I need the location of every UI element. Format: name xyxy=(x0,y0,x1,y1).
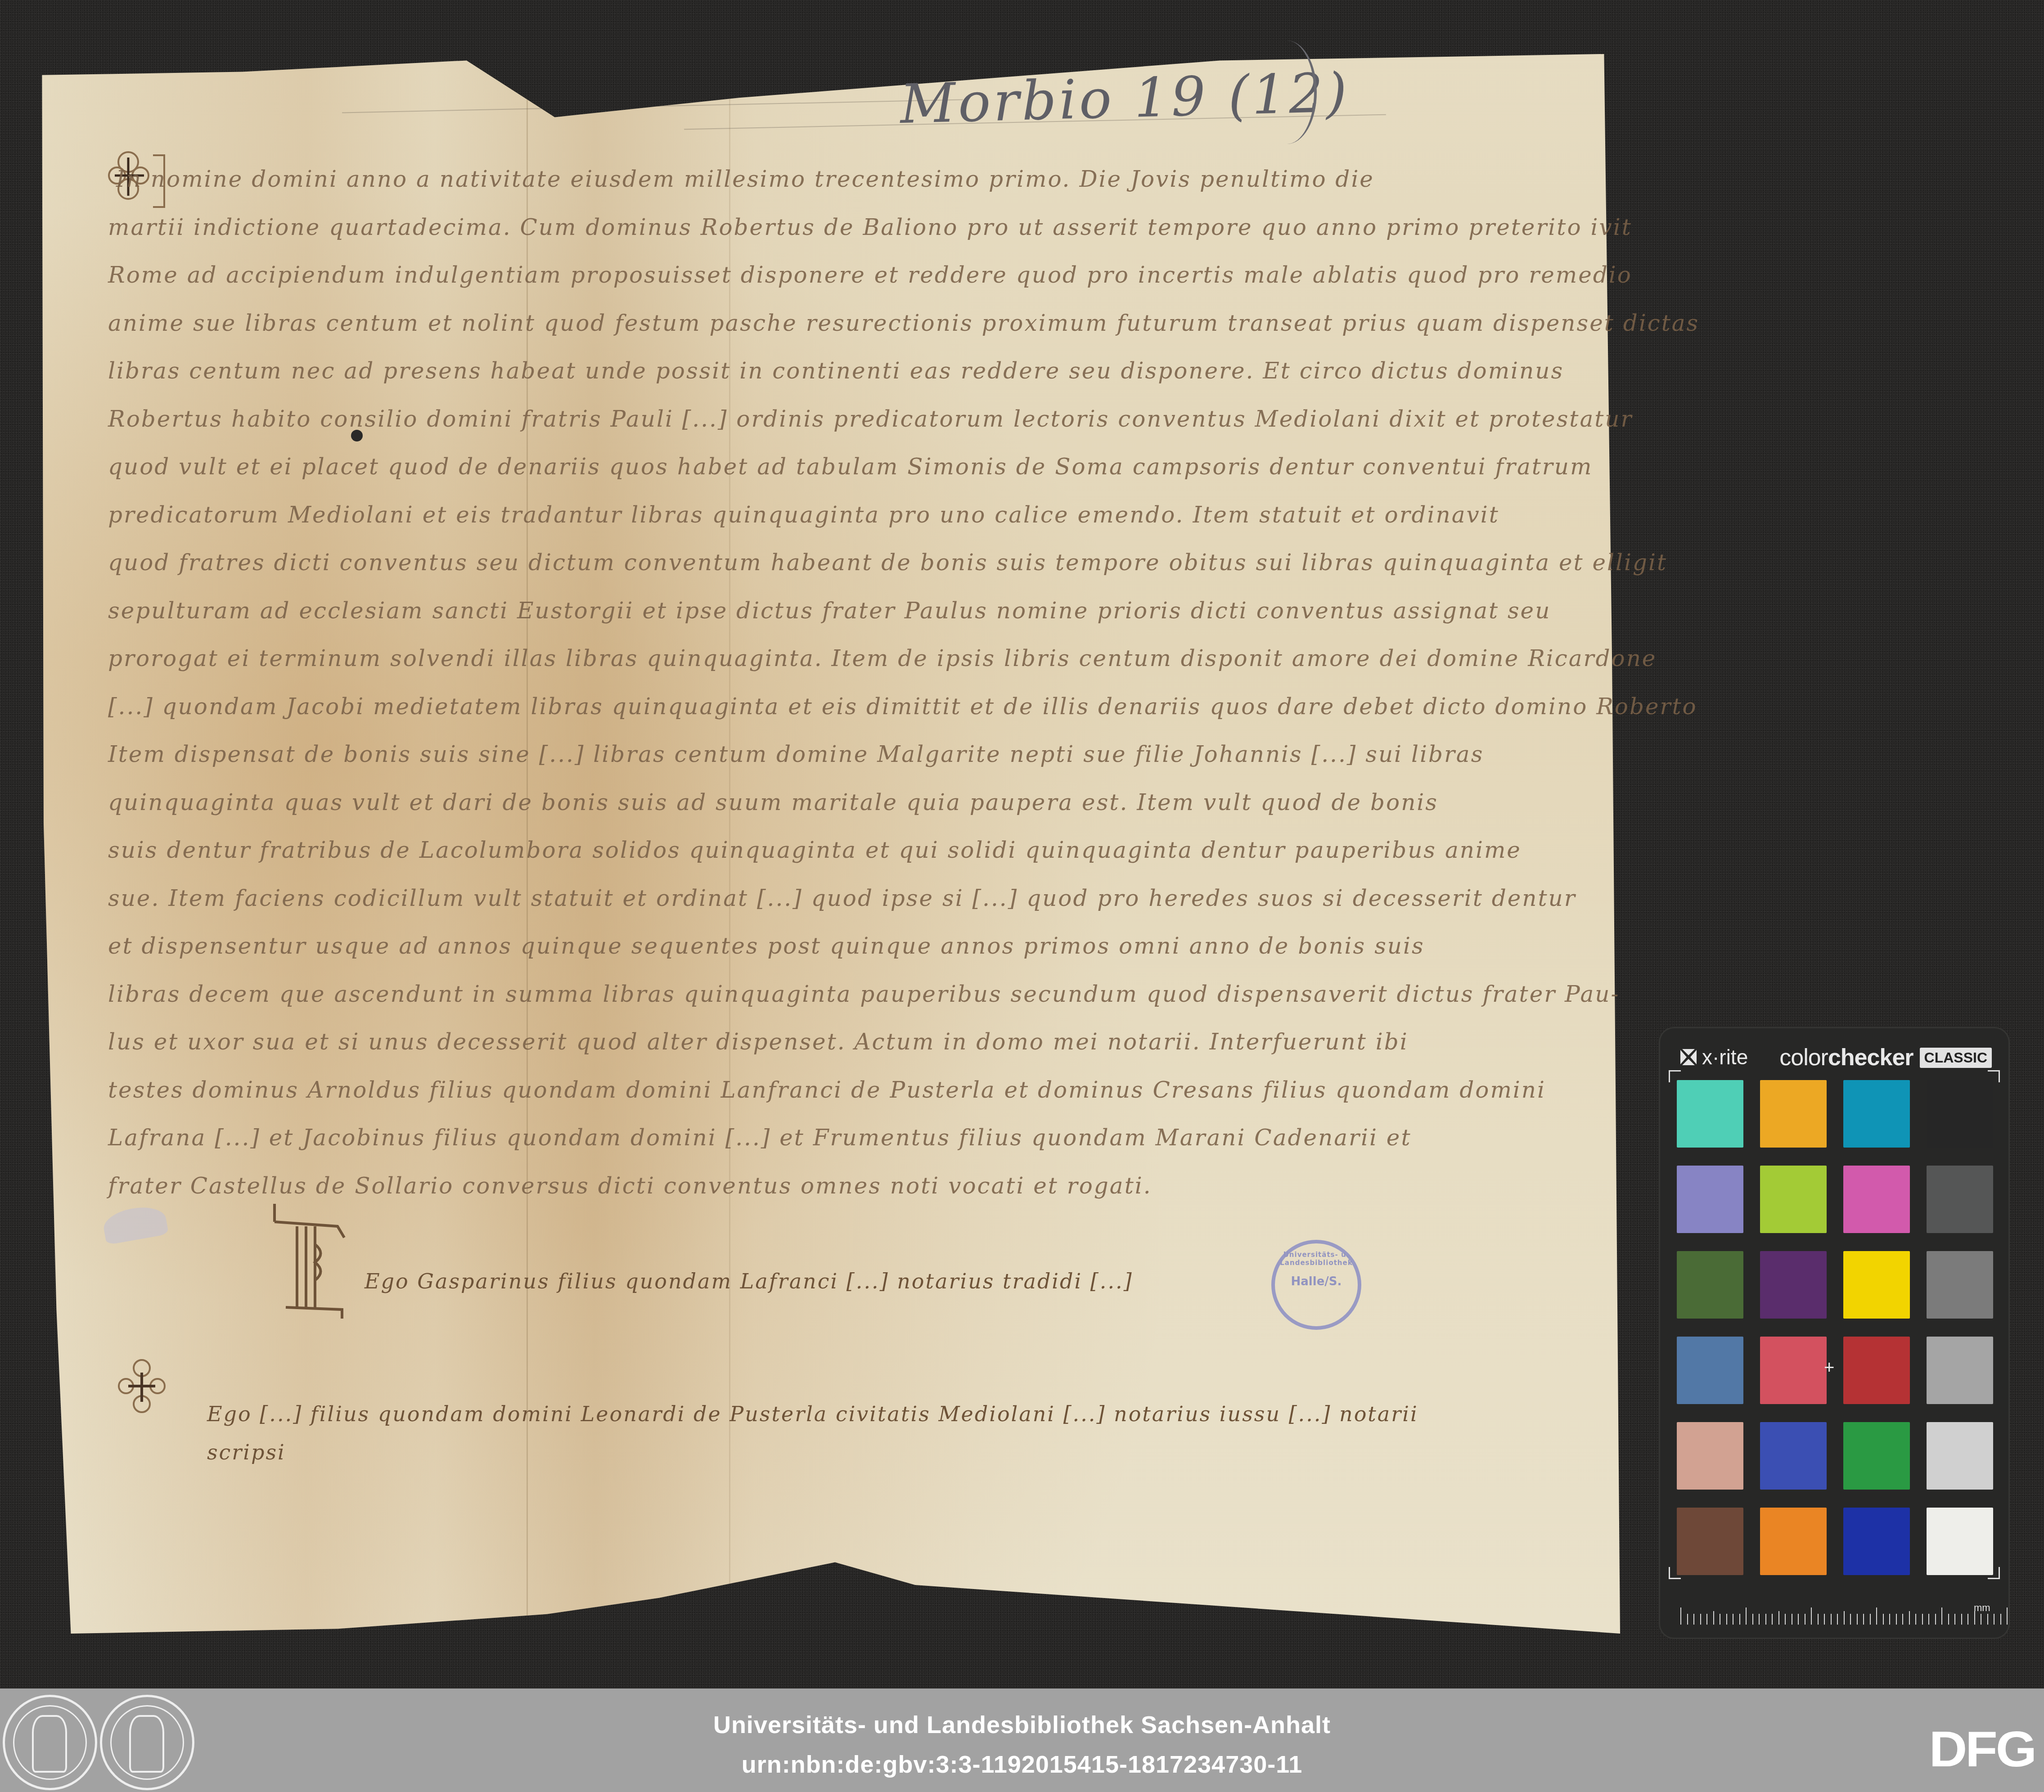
xrite-brand-text: x·rite xyxy=(1702,1045,1748,1069)
color-patch xyxy=(1843,1080,1910,1148)
ruler-tick xyxy=(1954,1614,1955,1625)
color-patch xyxy=(1760,1251,1827,1319)
ruler-tick xyxy=(1706,1614,1707,1625)
color-patch xyxy=(1677,1422,1743,1490)
ruler-tick xyxy=(1837,1614,1838,1625)
center-crosshair-icon: + xyxy=(1824,1359,1834,1377)
ruler-tick xyxy=(1792,1614,1792,1625)
institution-name: Universitäts- und Landesbibliothek Sachs… xyxy=(0,1711,2044,1739)
library-footer: Universitäts- und Landesbibliothek Sachs… xyxy=(0,1688,2044,1792)
charter-text: In nomine domini anno a nativitate eiusd… xyxy=(108,155,1485,1210)
text-line: sue. Item faciens codicillum vult statui… xyxy=(108,874,1485,923)
color-patch xyxy=(1677,1166,1743,1233)
xrite-logo: x·rite xyxy=(1679,1045,1748,1069)
color-patch xyxy=(1843,1337,1910,1404)
text-line: quod vult et ei placet quod de denariis … xyxy=(108,443,1485,491)
color-patch xyxy=(1760,1422,1827,1490)
ruler-tick xyxy=(1818,1614,1819,1625)
color-patch xyxy=(1843,1508,1910,1575)
text-line: martii indictione quartadecima. Cum domi… xyxy=(108,203,1485,252)
text-line: et dispensentur usque ad annos quinque s… xyxy=(108,922,1485,970)
text-line: [...] quondam Jacobi medietatem libras q… xyxy=(108,683,1485,731)
ruler-tick xyxy=(1948,1614,1949,1625)
dfg-logo: DFG xyxy=(1929,1720,2035,1778)
ruler-tick xyxy=(1824,1614,1825,1625)
color-patch xyxy=(1927,1337,1993,1404)
color-patch xyxy=(1760,1508,1827,1575)
text-line: In nomine domini anno a nativitate eiusd… xyxy=(108,155,1485,203)
ruler-tick xyxy=(1935,1614,1936,1625)
ruler-tick xyxy=(1883,1614,1884,1625)
text-line: suis dentur fratribus de Lacolumbora sol… xyxy=(108,826,1485,874)
ruler-tick xyxy=(1981,1614,1981,1625)
notary-signum-icon xyxy=(117,1355,167,1418)
library-stamp: Universitäts- u. Landesbibliothek Halle/… xyxy=(1271,1240,1361,1330)
text-line: quod fratres dicti conventus seu dictum … xyxy=(108,539,1485,587)
ruler-tick xyxy=(1850,1614,1851,1625)
parchment-hole xyxy=(351,430,363,441)
color-patch xyxy=(1760,1080,1827,1148)
ruler-tick xyxy=(1961,1614,1962,1625)
ruler-tick xyxy=(1798,1614,1799,1625)
text-line: libras centum nec ad presens habeat unde… xyxy=(108,347,1485,395)
ruler-tick xyxy=(1693,1614,1694,1625)
color-patch xyxy=(1677,1251,1743,1319)
ruler-tick xyxy=(1805,1614,1805,1625)
ruler-tick xyxy=(1772,1614,1773,1625)
text-line: sepulturam ad ecclesiam sancti Eustorgii… xyxy=(108,587,1485,635)
xrite-mark-icon xyxy=(1679,1048,1697,1066)
ruler-tick xyxy=(1720,1614,1720,1625)
color-patch xyxy=(1927,1508,1993,1575)
color-patch xyxy=(1927,1080,1993,1148)
ruler-tick xyxy=(1811,1607,1812,1625)
stamp-arc-text: Universitäts- u. Landesbibliothek xyxy=(1275,1251,1358,1267)
shelfmark-annotation: Morbio 19 (12) xyxy=(899,62,1351,136)
ruler-tick xyxy=(1687,1614,1688,1625)
ruler-tick xyxy=(1967,1614,1968,1625)
text-line: Robertus habito consilio domini fratris … xyxy=(108,395,1485,443)
ruler-tick xyxy=(1909,1611,1910,1625)
text-line: predicatorum Mediolani et eis tradantur … xyxy=(108,491,1485,539)
ruler-tick xyxy=(1928,1614,1929,1625)
ruler-tick xyxy=(1896,1614,1897,1625)
ruler-tick xyxy=(1831,1614,1832,1625)
mm-ruler xyxy=(1680,1607,2013,1625)
ruler-tick xyxy=(1994,1614,1994,1625)
ruler-tick xyxy=(2007,1607,2008,1625)
subscription-line: Ego Gasparinus filius quondam Lafranci [… xyxy=(365,1269,1133,1293)
color-patch-grid xyxy=(1677,1080,1993,1575)
color-patch xyxy=(1677,1337,1743,1404)
color-patch xyxy=(1760,1166,1827,1233)
color-checker-card: x·rite color checker CLASSIC xyxy=(1659,1027,2010,1639)
ruler-tick xyxy=(1726,1614,1727,1625)
color-patch xyxy=(1677,1080,1743,1148)
stamp-center-text: Halle/S. xyxy=(1275,1275,1358,1288)
ruler-tick xyxy=(1857,1614,1858,1625)
ruler-tick xyxy=(1765,1614,1766,1625)
color-patch xyxy=(1927,1422,1993,1490)
text-line: Lafrana [...] et Jacobinus filius quonda… xyxy=(108,1114,1485,1162)
ruler-tick xyxy=(1889,1614,1890,1625)
ruler-tick xyxy=(1752,1614,1753,1625)
text-line: lus et uxor sua et si unus decesserit qu… xyxy=(108,1018,1485,1066)
color-patch xyxy=(1927,1251,1993,1319)
colorchecker-title: color checker CLASSIC xyxy=(1779,1044,1992,1071)
title-light: color xyxy=(1779,1044,1828,1071)
scan-background: Morbio 19 (12) In nomine domini anno a n… xyxy=(0,0,2044,1688)
subscription-line: scripsi xyxy=(207,1440,286,1464)
ruler-tick xyxy=(1680,1607,1681,1625)
ruler-tick xyxy=(1870,1614,1871,1625)
ruler-tick xyxy=(1987,1614,1988,1625)
ruler-tick xyxy=(1785,1614,1786,1625)
classic-badge: CLASSIC xyxy=(1920,1048,1992,1068)
title-bold: checker xyxy=(1828,1044,1913,1071)
text-line: Item dispensat de bonis suis sine [...] … xyxy=(108,730,1485,779)
ruler-tick xyxy=(1700,1614,1701,1625)
ruler-tick xyxy=(1844,1611,1845,1625)
text-line: quinquaginta quas vult et dari de bonis … xyxy=(108,779,1485,827)
ruler-tick xyxy=(1863,1614,1864,1625)
text-line: libras decem que ascendunt in summa libr… xyxy=(108,970,1485,1018)
color-patch xyxy=(1843,1422,1910,1490)
subscription-line: Ego [...] filius quondam domini Leonardi… xyxy=(207,1402,1418,1426)
ruler-tick xyxy=(2000,1614,2001,1625)
ruler-tick xyxy=(1759,1614,1760,1625)
ruler-tick xyxy=(1902,1614,1903,1625)
ruler-tick xyxy=(1915,1614,1916,1625)
text-line: prorogat ei terminum solvendi illas libr… xyxy=(108,635,1485,683)
ruler-tick xyxy=(1941,1607,1942,1625)
color-patch xyxy=(1843,1166,1910,1233)
ruler-tick xyxy=(1733,1614,1733,1625)
ruler-unit: mm xyxy=(1974,1602,1990,1614)
color-patch xyxy=(1843,1251,1910,1319)
pencil-ruling xyxy=(342,99,963,113)
text-line: Rome ad accipiendum indulgentiam proposu… xyxy=(108,251,1485,299)
notary-signum-icon xyxy=(270,1195,347,1325)
text-line: testes dominus Arnoldus filius quondam d… xyxy=(108,1066,1485,1114)
urn-identifier: urn:nbn:de:gbv:3:3-1192015415-1817234730… xyxy=(0,1751,2044,1778)
color-patch xyxy=(1677,1508,1743,1575)
color-patch xyxy=(1927,1166,1993,1233)
color-patch xyxy=(1760,1337,1827,1404)
ruler-tick xyxy=(1778,1611,1779,1625)
ruler-tick xyxy=(1713,1611,1714,1625)
ruler-tick xyxy=(1746,1607,1747,1625)
ruler-tick xyxy=(1739,1614,1740,1625)
ruler-tick xyxy=(1876,1607,1877,1625)
ruler-tick xyxy=(1922,1614,1923,1625)
text-line: anime sue libras centum et nolint quod f… xyxy=(108,299,1485,347)
